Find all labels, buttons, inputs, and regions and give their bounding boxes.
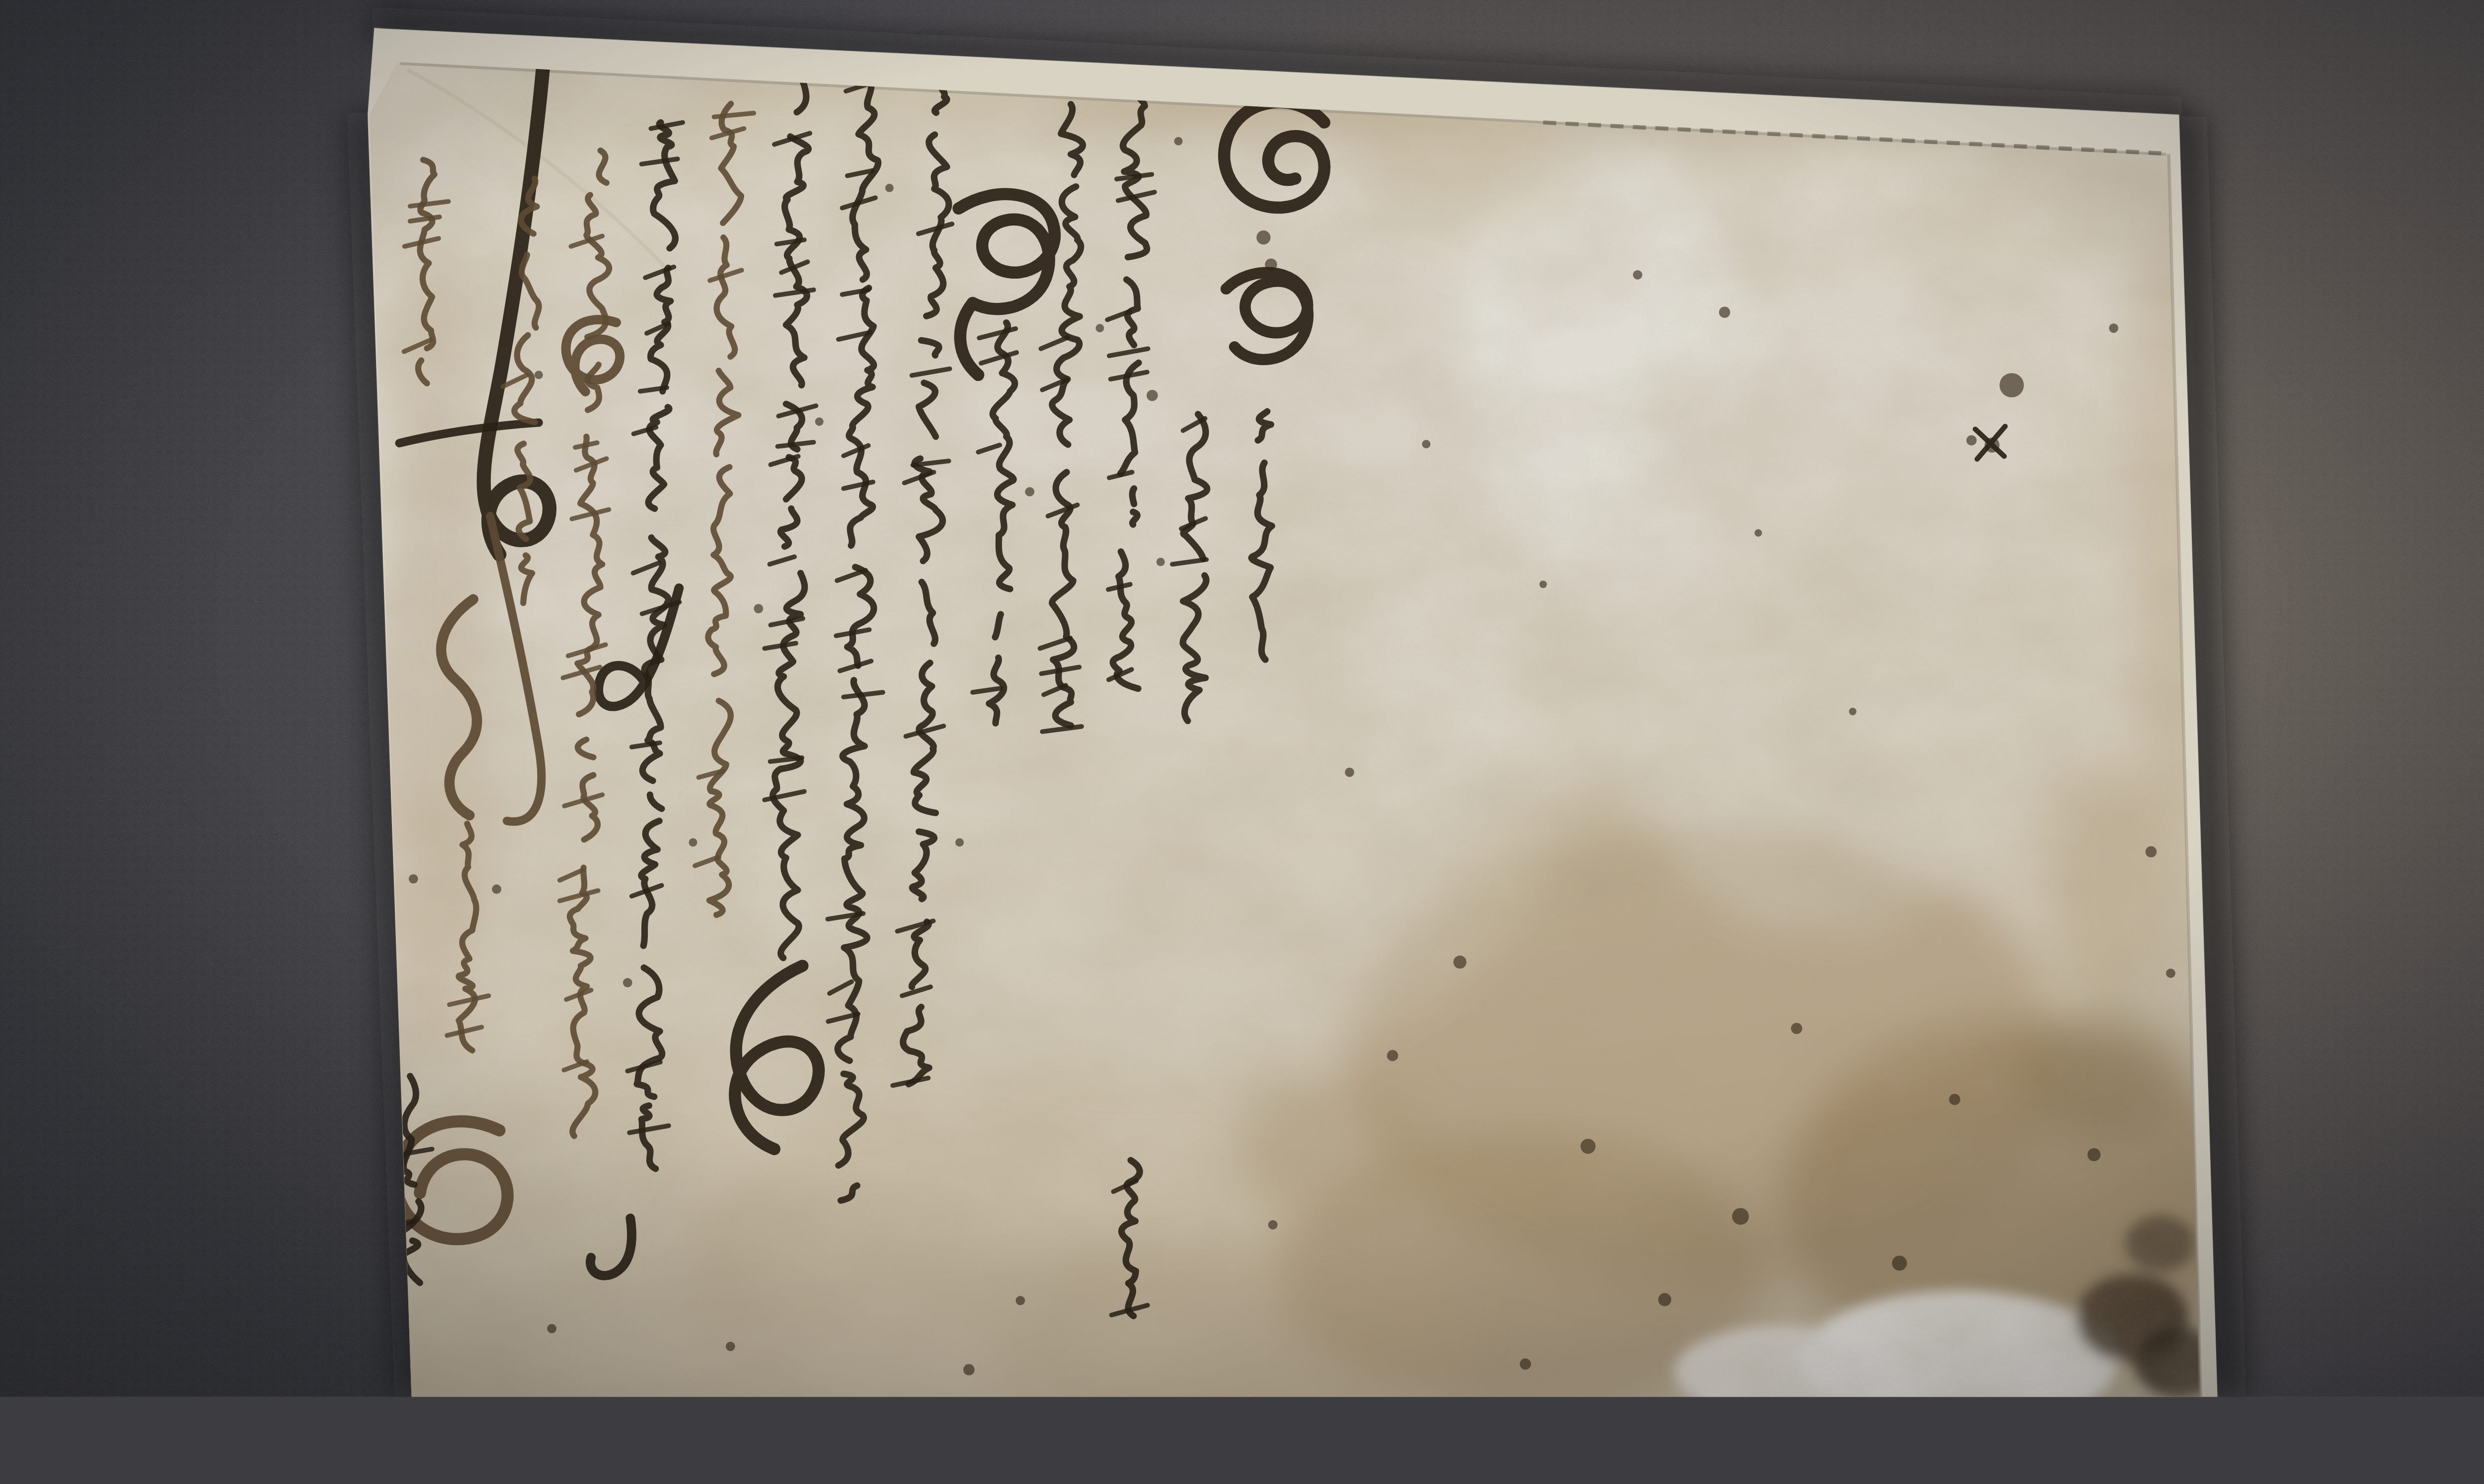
photo-scene xyxy=(0,0,2484,1397)
vignette xyxy=(0,0,2484,1397)
manuscript-photo xyxy=(0,0,2484,1397)
